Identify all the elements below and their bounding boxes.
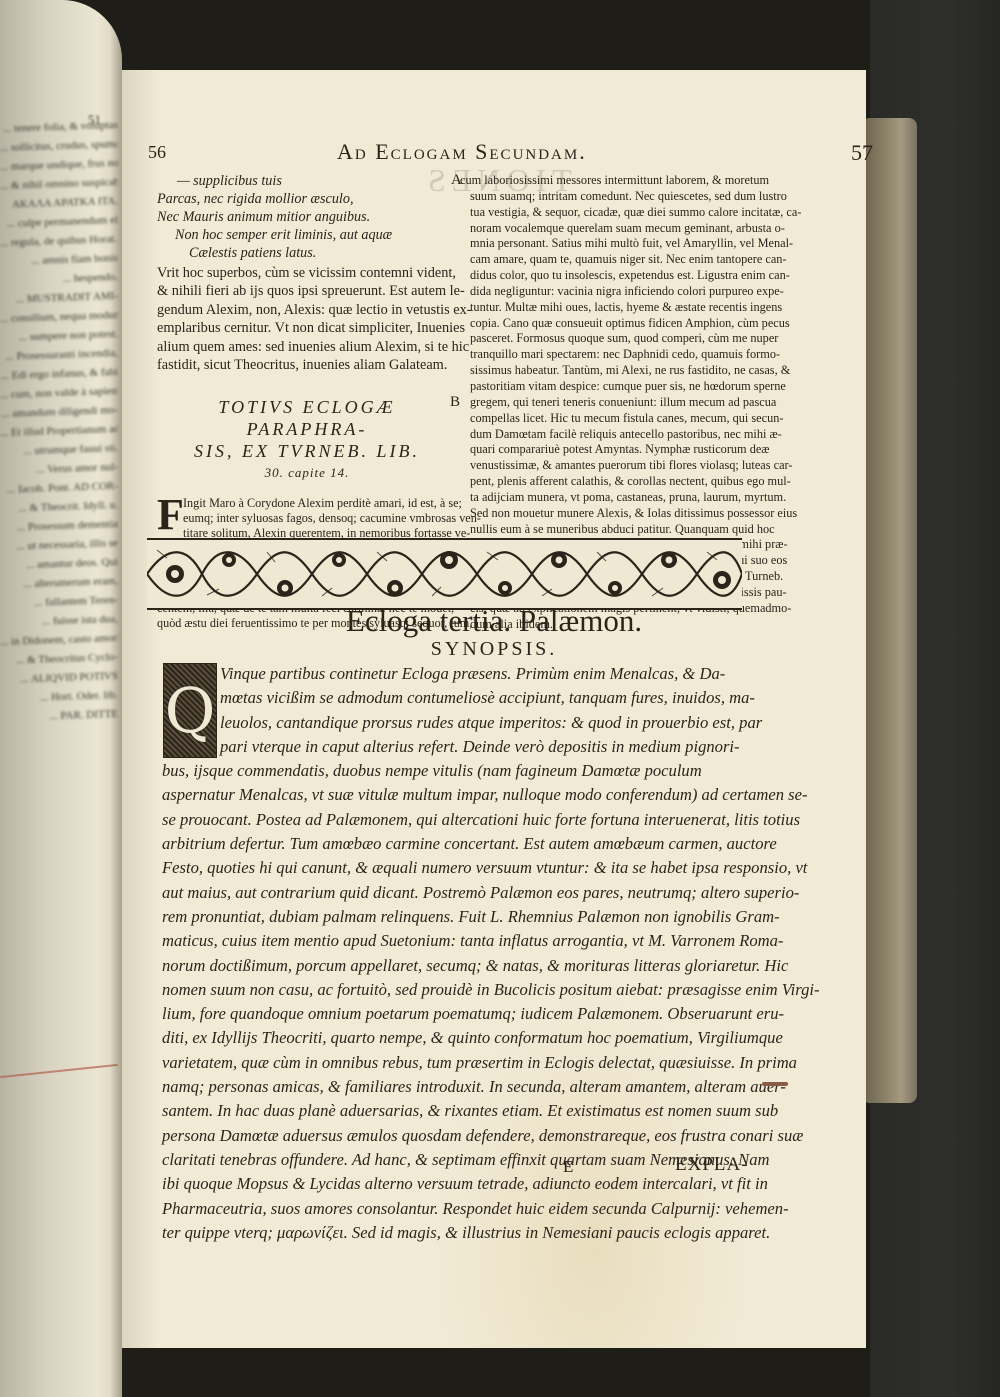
synopsis-line: varietatem, quæ cùm in omnibus rebus, tu… [162, 1051, 782, 1075]
verse-line: — supplicibus tuis [157, 172, 457, 190]
text-line: cam amare, quam te, quamuis niger sit. N… [460, 252, 845, 268]
margin-letter-b: B [450, 395, 460, 411]
text-line: alium quem ames: sed inuenies alium Alex… [157, 338, 457, 356]
text-line: suum suamq; intritam comedunt. Nec quies… [460, 189, 845, 205]
synopsis-line: maticus, cuius item mentio apud Suetoniu… [162, 929, 782, 953]
text-line: tranquillo mari spectarem: nec Daphnidi … [460, 347, 845, 363]
synopsis-line: aut maius, aut contrarium quid dicant. P… [162, 881, 782, 905]
text-line: tua vestigia, & sequor, cicadæ, quæ diei… [460, 205, 845, 221]
text-line: pasceret. Formosus quoque sum, quod comp… [460, 331, 845, 347]
catchword: EXPLA- [675, 1154, 749, 1176]
signature-mark: E [563, 1157, 573, 1177]
paraphrase-heading: TOTIVS ECLOGÆ PARAPHRA- SIS, EX TVRNEB. … [157, 396, 457, 484]
text-line: Ingit Maro à Corydone Alexim perditè ama… [157, 496, 457, 511]
verse-quotation: — supplicibus tuis Parcas, nec rigida mo… [157, 172, 457, 262]
verso-text-fragments: ... tenere folia, & voluptas... sollicit… [0, 116, 118, 728]
text-line: tuntur. Multæ mihi oues, lactis, hyeme &… [460, 300, 845, 316]
heading-line: TOTIVS ECLOGÆ PARAPHRA- [157, 396, 457, 440]
synopsis-line: se prouocant. Postea ad Palæmonem, qui a… [162, 808, 782, 832]
text-line: nullis eum à se muneribus abduci patitur… [460, 522, 845, 538]
text-line: noram vocalemque querelam suam mecum gem… [460, 221, 845, 237]
verse-line: Cælestis patiens latus. [157, 244, 457, 262]
synopsis-line: leuolos, cantandique prorsus rudes atque… [162, 711, 782, 735]
text-line: copia. Cano quæ consueuit optimus fidice… [460, 316, 845, 332]
synopsis-line: ter quippe vterq; μαρωνίζει. Sed id magi… [162, 1221, 782, 1245]
synopsis-line: santem. In hac duas planè aduersarias, &… [162, 1099, 782, 1123]
text-line: mnia personant. Satius mihi multò fuit, … [460, 236, 845, 252]
synopsis-line: Festo, quoties hi qui canunt, & æquali n… [162, 856, 782, 880]
verse-line: Non hoc semper erit liminis, aut aquæ [157, 226, 457, 244]
synopsis-line: persona Damœtæ aduersus æmulos quosdam d… [162, 1124, 782, 1148]
red-pencil-annotation [0, 1064, 118, 1078]
synopsis-line: aspernatur Menalcas, vt suæ vitulæ multu… [162, 783, 782, 807]
commentary-paragraph: Vrit hoc superbos, cùm se vicissim conte… [157, 264, 457, 374]
verse-line: Parcas, nec rigida mollior æsculo, [157, 190, 457, 208]
synopsis-line: Vinque partibus continetur Ecloga præsen… [162, 662, 782, 686]
right-page-number: 57 [851, 140, 873, 166]
text-line: fastidit, sicut Theocritus, inuenies ali… [157, 356, 457, 374]
synopsis-line: bus, ijsque commendatis, duobus nempe vi… [162, 759, 782, 783]
recto-page: TIONES 56 Ad Eclogam Secundam. 57 — supp… [122, 70, 866, 1348]
verso-text-line: ... PAR. DITTE [0, 705, 118, 728]
synopsis-line: namq; personas amicas, & familiares intr… [162, 1075, 782, 1099]
section-title: Ecloga tertia. Palæmon. [122, 603, 866, 639]
running-head-title: Ad Eclogam Secundam. [337, 139, 587, 165]
text-line: dum Damœtam facilè reliquis antecello pa… [460, 427, 845, 443]
synopsis-line: arbitrium defertur. Tum amœbæo carmine c… [162, 832, 782, 856]
initial-letter: Q [165, 680, 216, 742]
drop-cap: F [157, 494, 184, 536]
text-line: pent, plenis afferent calathis, & coroll… [460, 474, 845, 490]
text-line: emplaribus cernitur. Vt non dicat simpli… [157, 319, 457, 337]
synopsis-line: nomen suum non casu, ac fortuitò, sed pr… [162, 978, 782, 1002]
text-line: gregem, qui teneri teneris conueniunt: i… [460, 395, 845, 411]
text-line: pastoritiam vitam despice: cumque puer s… [460, 379, 845, 395]
section-subtitle: SYNOPSIS. [122, 638, 866, 661]
text-line: gendum Alexim, non, Alexis: quæ lectio i… [157, 301, 457, 319]
spine-shadow [110, 0, 122, 1397]
text-line: ta adijciam munera, vt poma, castaneas, … [460, 490, 845, 506]
text-line: eumq; inter syluosas fagos, densoq; cacu… [157, 511, 457, 526]
text-line: quari comparariuè potest Amyntas. Nymphæ… [460, 442, 845, 458]
historiated-initial-q: Q [163, 663, 217, 758]
text-line: didus color, quo tu insolescis, expetend… [460, 268, 845, 284]
heading-line: SIS, EX TVRNEB. LIB. [157, 440, 457, 462]
synopsis-line: mœtas vicißim se admodum contumeliosè ac… [162, 686, 782, 710]
verso-page: 51 ... tenere folia, & voluptas... solli… [0, 0, 122, 1397]
woodcut-headpiece-ornament [147, 538, 742, 610]
bookmark-strip [762, 1082, 788, 1086]
left-page-number: 56 [148, 142, 166, 163]
synopsis-line: diti, ex Idyllijs Theocriti, quarto nemp… [162, 1026, 782, 1050]
synopsis-line: pari vterque in caput alterius refert. D… [162, 735, 782, 759]
text-line: compellas licet. Hic tu mecum fistula ca… [460, 411, 845, 427]
synopsis-line: Pharmaceutria, suos amores consolantur. … [162, 1197, 782, 1221]
text-line: venustissimæ, & amantes puerorum tibi fl… [460, 458, 845, 474]
text-line: Vrit hoc superbos, cùm se vicissim conte… [157, 264, 457, 282]
margin-letter-a: A [451, 173, 462, 189]
text-line: sissimus habeatur. Tantùm, mi Alexi, ne … [460, 363, 845, 379]
verse-line: Nec Mauris animum mitior anguibus. [157, 208, 457, 226]
heading-line: 30. capite 14. [157, 462, 457, 484]
text-line: dida negliguntur: vacinia nigra inficien… [460, 284, 845, 300]
synopsis-line: rem pronuntiat, dubiam palmam relinquens… [162, 905, 782, 929]
synopsis-line: norum doctißimum, porcum appellaret, sec… [162, 954, 782, 978]
text-line: & nihili fieri ab ijs quos ipsi spreueru… [157, 282, 457, 300]
book-cover-edge [865, 118, 917, 1103]
synopsis-line: lium, fore quandoque omnium poetarum poe… [162, 1002, 782, 1026]
text-line: cum laboriosissimi messores intermittunt… [460, 173, 845, 189]
foliage-ornament-icon [147, 540, 742, 608]
text-line: Sed non mouetur munere Alexis, & Iolas d… [460, 506, 845, 522]
